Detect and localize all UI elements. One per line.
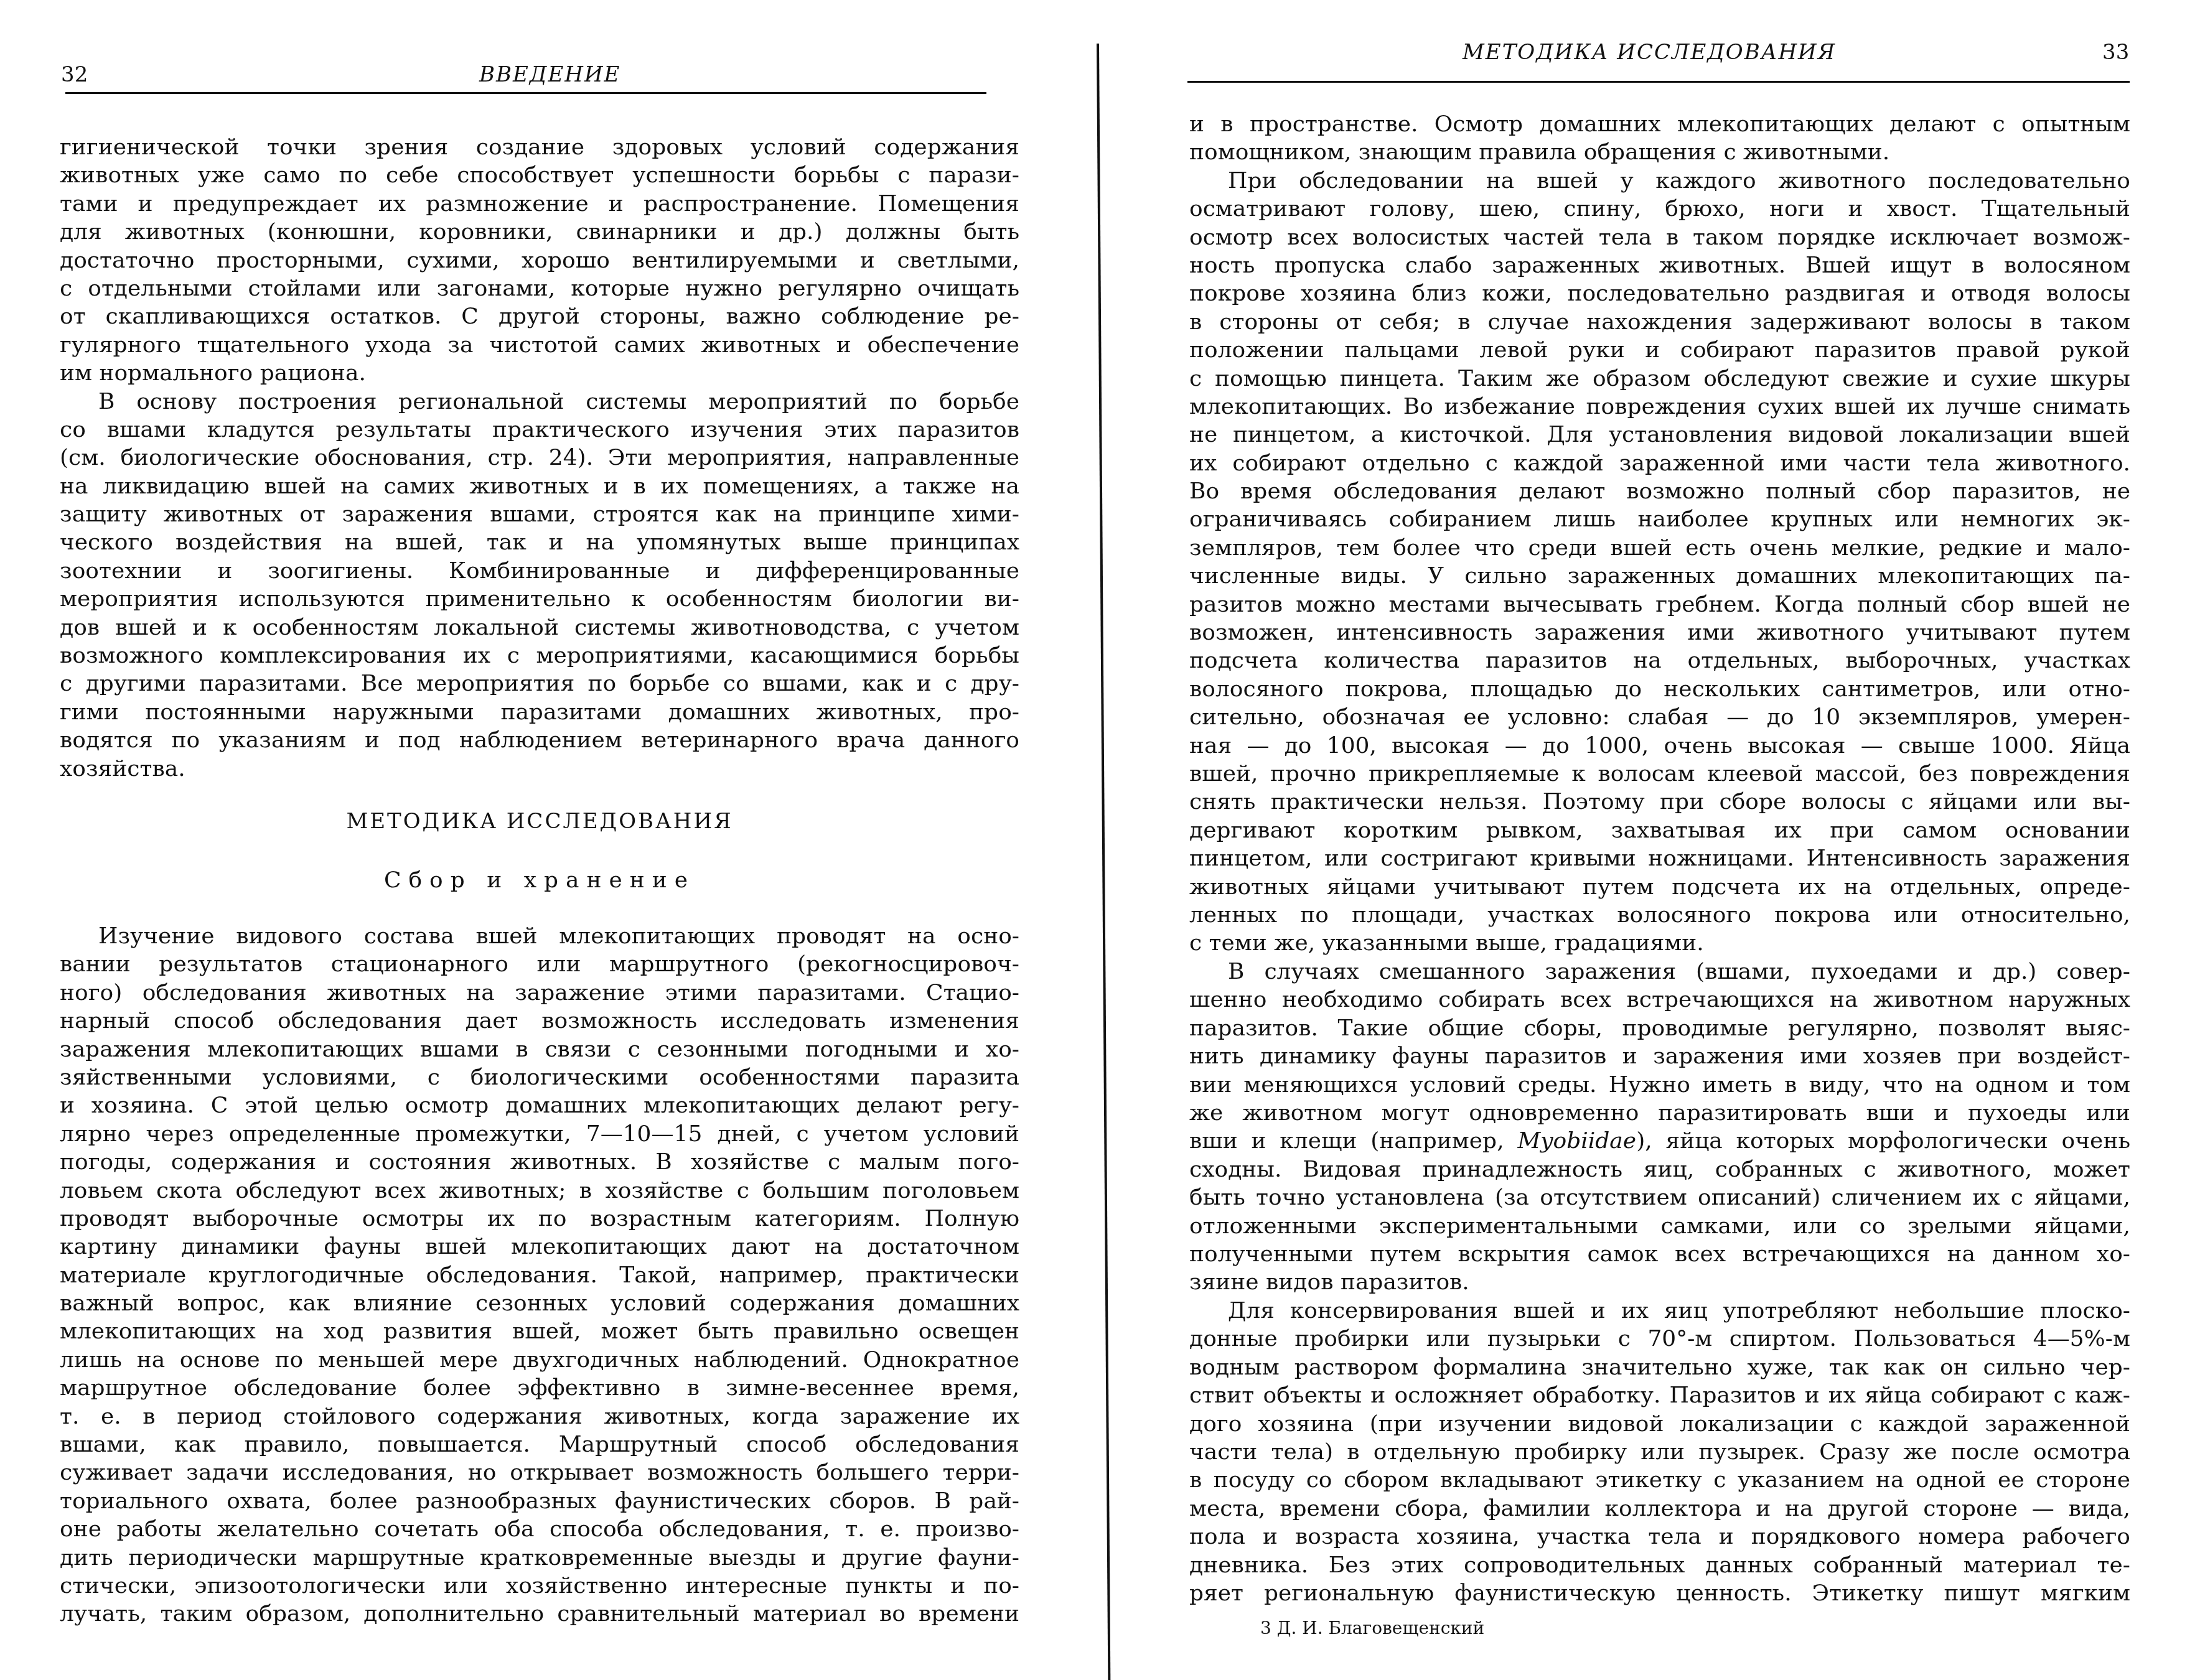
- paragraph-block: и в пространстве. Осмотр домашних млекоп…: [1189, 110, 2130, 958]
- text-run: с теми же, указанными выше, градациями.: [1189, 930, 1704, 956]
- text-run: с отдельными стойлами или загонами, кото…: [60, 276, 1019, 301]
- text-line: ленных по площади, участках волосяного п…: [1189, 901, 2130, 929]
- text-line: Изучение видового состава вшей млекопита…: [60, 922, 1019, 950]
- text-run: вшами, как правило, повышается. Маршрутн…: [60, 1432, 1019, 1457]
- text-run: пола и возраста хозяина, участка тела и …: [1189, 1524, 2130, 1549]
- text-line: вии меняющихся условий среды. Нужно имет…: [1189, 1071, 2130, 1099]
- text-run: материале круглогодичные обследования. Т…: [60, 1262, 1019, 1288]
- text-line: дого хозяина (при изучении видовой локал…: [1189, 1410, 2130, 1438]
- text-run: со вшами кладутся результаты практическо…: [60, 417, 1019, 442]
- text-run: места, времени сбора, фамилии коллектора…: [1189, 1496, 2130, 1521]
- text-line: их собирают отдельно с каждой зараженной…: [1189, 449, 2130, 477]
- text-run: и хозяина. С этой целью осмотр домашних …: [60, 1093, 1019, 1118]
- text-run: зоотехнии и зоогигиены. Комбинированные …: [60, 558, 1019, 584]
- text-run: достаточно просторными, сухими, хорошо в…: [60, 248, 1019, 273]
- text-line: зяйственными условиями, с биологическими…: [60, 1063, 1019, 1091]
- text-line: животных яйцами учитывают путем подсчета…: [1189, 873, 2130, 901]
- text-line: покрове хозяина близ кожи, последователь…: [1189, 279, 2130, 307]
- text-run: дергивают коротким рывком, захватывая их…: [1189, 818, 2130, 843]
- text-line: возможного комплексирования их с меропри…: [60, 642, 1019, 670]
- paragraph-block: Изучение видового состава вшей млекопита…: [60, 922, 1019, 1628]
- text-line: лярно через определенные промежутки, 7—1…: [60, 1120, 1019, 1148]
- text-line: и в пространстве. Осмотр домашних млекоп…: [1189, 110, 2130, 138]
- text-run: вши и клещи (например,: [1189, 1128, 1517, 1154]
- text-line: водятся по указаниям и под наблюдением в…: [60, 726, 1019, 754]
- text-line: места, времени сбора, фамилии коллектора…: [1189, 1495, 2130, 1523]
- text-run: суживает задачи исследования, но открыва…: [60, 1460, 1019, 1485]
- latin-taxon-name: Myobiidae: [1517, 1128, 1636, 1154]
- text-run: для животных (конюшни, коровники, свинар…: [60, 219, 1019, 245]
- text-line: со вшами кладутся результаты практическо…: [60, 416, 1019, 444]
- text-line: ториального охвата, более разнообразных …: [60, 1487, 1019, 1515]
- text-line: и хозяина. С этой целью осмотр домашних …: [60, 1091, 1019, 1119]
- text-line: в стороны от себя; в случае нахождения з…: [1189, 308, 2130, 336]
- text-run: сходны. Видовая принадлежность яиц, собр…: [1189, 1157, 2130, 1182]
- text-line: зоотехнии и зоогигиены. Комбинированные …: [60, 557, 1019, 585]
- text-run: Для консервирования вшей и их яиц употре…: [1228, 1298, 2130, 1323]
- text-line: ческого воздействия на вшей, так и на уп…: [60, 528, 1019, 556]
- text-line: гими постоянными наружными паразитами до…: [60, 698, 1019, 726]
- text-line: мероприятия используются применительно к…: [60, 585, 1019, 613]
- text-line: дневника. Без этих сопроводительных данн…: [1189, 1551, 2130, 1579]
- text-line: сходны. Видовая принадлежность яиц, собр…: [1189, 1155, 2130, 1183]
- text-line: дов вшей и к особенностям локальной сист…: [60, 614, 1019, 642]
- text-line: с отдельными стойлами или загонами, кото…: [60, 274, 1019, 302]
- text-run: (см. биологические обоснования, стр. 24)…: [60, 445, 1019, 470]
- text-line: дергивают коротким рывком, захватывая их…: [1189, 816, 2130, 844]
- text-run: же животном могут одновременно паразитир…: [1189, 1100, 2130, 1126]
- text-run: и в пространстве. Осмотр домашних млекоп…: [1189, 111, 2130, 137]
- text-run: животных яйцами учитывают путем подсчета…: [1189, 874, 2130, 900]
- text-run: В основу построения региональной системы…: [98, 389, 1019, 414]
- text-run: дого хозяина (при изучении видовой локал…: [1189, 1411, 2130, 1437]
- text-run: животных уже само по себе способствует у…: [60, 162, 1019, 188]
- text-line: ограничиваясь собиранием лишь наиболее к…: [1189, 505, 2130, 533]
- text-run: ограничиваясь собиранием лишь наиболее к…: [1189, 506, 2130, 532]
- text-line: отложенными экспериментальными самками, …: [1189, 1212, 2130, 1240]
- text-line: нарный способ обследования дает возможно…: [60, 1007, 1019, 1035]
- text-line: донные пробирки или пузырьки с 70°-м спи…: [1189, 1325, 2130, 1353]
- signature-footer: 3 Д. И. Благовещенский: [1260, 1618, 1484, 1638]
- text-line: же животном могут одновременно паразитир…: [1189, 1099, 2130, 1127]
- text-run: При обследовании на вшей у каждого живот…: [1228, 168, 2130, 194]
- text-run: вании результатов стационарного или марш…: [60, 951, 1019, 977]
- text-line: волосяного покрова, площадью до нескольк…: [1189, 675, 2130, 703]
- text-run: маршрутное обследование более эффективно…: [60, 1375, 1019, 1401]
- text-run: ного) обследования животных на заражение…: [60, 980, 1019, 1006]
- text-run: дить периодически маршрутные кратковреме…: [60, 1545, 1019, 1570]
- text-run: т. е. в период стойлового содержания жив…: [60, 1404, 1019, 1429]
- text-line: в посуду со сбором вкладывают этикетку с…: [1189, 1466, 2130, 1494]
- text-run: пинцетом, или состригают кривыми ножница…: [1189, 846, 2130, 871]
- text-line: важный вопрос, как влияние сезонных усло…: [60, 1289, 1019, 1317]
- text-run: на ликвидацию вшей на самих животных и в…: [60, 474, 1019, 499]
- text-line: с другими паразитами. Все мероприятия по…: [60, 670, 1019, 698]
- text-line: им нормального рациона.: [60, 359, 1019, 387]
- text-line: При обследовании на вшей у каждого живот…: [1189, 167, 2130, 195]
- text-run: гигиенической точки зрения создание здор…: [60, 134, 1019, 160]
- text-run: части тела) в отдельную пробирку или пуз…: [1189, 1439, 2130, 1465]
- text-run: лярно через определенные промежутки, 7—1…: [60, 1121, 1019, 1147]
- paragraph-block: Для консервирования вшей и их яиц употре…: [1189, 1297, 2130, 1607]
- right-page: МЕТОДИКА ИССЛЕДОВАНИЯ 33 и в пространств…: [1108, 0, 2200, 1680]
- text-line: маршрутное обследование более эффективно…: [60, 1374, 1019, 1402]
- text-run: лишь на основе по меньшей мере двухгодич…: [60, 1347, 1019, 1373]
- text-run: ность пропуска слабо зараженных животных…: [1189, 253, 2130, 278]
- text-run: ), яйца которых морфологически очень: [1636, 1128, 2130, 1154]
- paragraph-block: гигиенической точки зрения создание здор…: [60, 133, 1019, 783]
- text-run: не пинцетом, а кисточкой. Для установлен…: [1189, 422, 2130, 447]
- text-line: достаточно просторными, сухими, хорошо в…: [60, 246, 1019, 274]
- text-line: паразитов. Такие общие сборы, проводимые…: [1189, 1014, 2130, 1042]
- text-run: осмотр всех волосистых частей тела в так…: [1189, 225, 2130, 250]
- text-run: отложенными экспериментальными самками, …: [1189, 1213, 2130, 1239]
- text-run: донные пробирки или пузырьки с 70°-м спи…: [1189, 1326, 2130, 1351]
- text-line: вши и клещи (например, Myobiidae), яйца …: [1189, 1127, 2130, 1155]
- text-line: дить периодически маршрутные кратковреме…: [60, 1544, 1019, 1572]
- text-line: численные виды. У сильно зараженных дома…: [1189, 562, 2130, 590]
- text-line: Во время обследования делают возможно по…: [1189, 477, 2130, 505]
- text-line: ловьем скота обследуют всех животных; в …: [60, 1177, 1019, 1205]
- text-run: помощником, знающим правила обращения с …: [1189, 139, 1889, 165]
- text-run: водным раствором формалина значительно х…: [1189, 1355, 2130, 1380]
- text-line: для животных (конюшни, коровники, свинар…: [60, 218, 1019, 246]
- text-run: возможного комплексирования их с меропри…: [60, 643, 1019, 668]
- text-line: стически, эпизоотологически или хозяйств…: [60, 1572, 1019, 1600]
- text-line: гулярного тщательного ухода за чистотой …: [60, 331, 1019, 359]
- text-run: дов вшей и к особенностям локальной сист…: [60, 615, 1019, 640]
- text-line: от скапливающихся остатков. С другой сто…: [60, 302, 1019, 330]
- text-run: водятся по указаниям и под наблюдением в…: [60, 727, 1019, 753]
- text-run: в посуду со сбором вкладывают этикетку с…: [1189, 1467, 2130, 1493]
- text-run: мероприятия используются применительно к…: [60, 586, 1019, 612]
- text-run: паразитов. Такие общие сборы, проводимые…: [1189, 1015, 2130, 1041]
- text-run: покрове хозяина близ кожи, последователь…: [1189, 281, 2130, 306]
- text-line: В основу построения региональной системы…: [60, 388, 1019, 416]
- text-line: нить динамику фауны паразитов и заражени…: [1189, 1042, 2130, 1070]
- text-run: тами и предупреждает их размножение и ра…: [60, 191, 1019, 217]
- text-run: положении пальцами левой руки и собирают…: [1189, 337, 2130, 363]
- text-run: разитов можно местами вычесывать гребнем…: [1189, 592, 2130, 617]
- text-run: Изучение видового состава вшей млекопита…: [98, 923, 1019, 949]
- text-run: им нормального рациона.: [60, 360, 366, 386]
- text-line: не пинцетом, а кисточкой. Для установлен…: [1189, 421, 2130, 449]
- text-line: шенно необходимо собирать всех встречающ…: [1189, 986, 2130, 1014]
- text-line: т. е. в период стойлового содержания жив…: [60, 1402, 1019, 1430]
- text-line: снять практически нельзя. Поэтому при сб…: [1189, 788, 2130, 816]
- text-line: ного) обследования животных на заражение…: [60, 979, 1019, 1007]
- text-line: с теми же, указанными выше, градациями.: [1189, 929, 2130, 957]
- text-run: сительно, обозначая ее условно: слабая —…: [1189, 704, 2130, 730]
- text-run: нить динамику фауны паразитов и заражени…: [1189, 1043, 2130, 1069]
- text-run: важный вопрос, как влияние сезонных усло…: [60, 1290, 1019, 1316]
- text-line: Для консервирования вшей и их яиц употре…: [1189, 1297, 2130, 1325]
- text-line: быть точно установлена (за отсутствием о…: [1189, 1183, 2130, 1211]
- text-run: гулярного тщательного ухода за чистотой …: [60, 332, 1019, 358]
- text-line: земпляров, тем более что среди вшей есть…: [1189, 534, 2130, 562]
- text-run: Во время обследования делают возможно по…: [1189, 478, 2130, 504]
- text-line: животных уже само по себе способствует у…: [60, 161, 1019, 189]
- text-run: подсчета количества паразитов на отдельн…: [1189, 648, 2130, 673]
- text-line: подсчета количества паразитов на отдельн…: [1189, 646, 2130, 674]
- text-line: гигиенической точки зрения создание здор…: [60, 133, 1019, 161]
- text-line: ная — до 100, высокая — до 1000, очень в…: [1189, 732, 2130, 760]
- text-line: погоды, содержания и состояния животных.…: [60, 1148, 1019, 1176]
- text-run: возможен, интенсивность заражения ими жи…: [1189, 620, 2130, 645]
- text-run: лучать, таким образом, дополнительно сра…: [60, 1601, 1019, 1626]
- text-line: ряет региональную фаунистическую ценност…: [1189, 1579, 2130, 1607]
- text-line: суживает задачи исследования, но открыва…: [60, 1458, 1019, 1486]
- text-line: положении пальцами левой руки и собирают…: [1189, 336, 2130, 364]
- text-run: быть точно установлена (за отсутствием о…: [1189, 1185, 2130, 1210]
- text-run: картину динамики фауны вшей млекопитающи…: [60, 1234, 1019, 1259]
- text-run: ловьем скота обследуют всех животных; в …: [60, 1178, 1019, 1203]
- page-number: 32: [61, 62, 88, 87]
- text-run: осматривают голову, шею, спину, брюхо, н…: [1189, 196, 2130, 222]
- text-run: млекопитающих. Во избежание повреждения …: [1189, 394, 2130, 419]
- text-run: хозяйства.: [60, 756, 185, 782]
- text-run: зяйственными условиями, с биологическими…: [60, 1065, 1019, 1090]
- text-line: на ликвидацию вшей на самих животных и в…: [60, 472, 1019, 500]
- text-run: с другими паразитами. Все мероприятия по…: [60, 671, 1019, 696]
- text-line: вшами, как правило, повышается. Маршрутн…: [60, 1430, 1019, 1458]
- text-run: ленных по площади, участках волосяного п…: [1189, 902, 2130, 928]
- text-run: с помощью пинцета. Таким же образом обсл…: [1189, 366, 2130, 391]
- text-run: ческого воздействия на вшей, так и на уп…: [60, 530, 1019, 555]
- text-line: зяине видов паразитов.: [1189, 1268, 2130, 1296]
- text-run: вии меняющихся условий среды. Нужно имет…: [1189, 1072, 2130, 1098]
- subsection-title: Сбор и хранение: [60, 867, 1019, 893]
- text-run: полученными путем вскрытия самок всех вс…: [1189, 1241, 2130, 1267]
- text-run: гими постоянными наружными паразитами до…: [60, 699, 1019, 725]
- header-rule: [1187, 81, 2130, 83]
- text-line: с помощью пинцета. Таким же образом обсл…: [1189, 365, 2130, 393]
- text-run: волосяного покрова, площадью до нескольк…: [1189, 676, 2130, 702]
- text-run: оне работы желательно сочетать оба спосо…: [60, 1516, 1019, 1542]
- text-line: проводят выборочные осмотры их по возрас…: [60, 1205, 1019, 1233]
- text-run: В случаях смешанного заражения (вшами, п…: [1228, 959, 2130, 984]
- text-run: от скапливающихся остатков. С другой сто…: [60, 304, 1019, 329]
- left-page: 32 ВВЕДЕНИЕ гигиенической точки зрения с…: [0, 0, 1095, 1680]
- text-run: ствит объекты и осложняет обработку. Пар…: [1189, 1383, 2130, 1408]
- text-line: материале круглогодичные обследования. Т…: [60, 1261, 1019, 1289]
- text-run: их собирают отдельно с каждой зараженной…: [1189, 450, 2130, 476]
- text-run: ная — до 100, высокая — до 1000, очень в…: [1189, 733, 2130, 758]
- text-line: ность пропуска слабо зараженных животных…: [1189, 251, 2130, 279]
- text-line: лучать, таким образом, дополнительно сра…: [60, 1600, 1019, 1628]
- running-head: ВВЕДЕНИЕ: [479, 62, 620, 87]
- text-run: заражения млекопитающих вшами в связи с …: [60, 1037, 1019, 1062]
- text-run: млекопитающих на ход развития вшей, може…: [60, 1318, 1019, 1344]
- text-line: осматривают голову, шею, спину, брюхо, н…: [1189, 195, 2130, 223]
- text-line: картину динамики фауны вшей млекопитающи…: [60, 1233, 1019, 1261]
- text-line: ствит объекты и осложняет обработку. Пар…: [1189, 1381, 2130, 1409]
- text-run: вшей, прочно прикрепляемые к волосам кле…: [1189, 761, 2130, 786]
- text-run: погоды, содержания и состояния животных.…: [60, 1149, 1019, 1175]
- header-rule: [65, 92, 986, 94]
- text-line: полученными путем вскрытия самок всех вс…: [1189, 1240, 2130, 1268]
- text-line: водным раствором формалина значительно х…: [1189, 1353, 2130, 1381]
- text-line: сительно, обозначая ее условно: слабая —…: [1189, 703, 2130, 731]
- text-line: пола и возраста хозяина, участка тела и …: [1189, 1523, 2130, 1551]
- text-line: разитов можно местами вычесывать гребнем…: [1189, 590, 2130, 618]
- text-line: оне работы желательно сочетать оба спосо…: [60, 1515, 1019, 1543]
- text-run: защиту животных от заражения вшами, стро…: [60, 502, 1019, 527]
- running-head: МЕТОДИКА ИССЛЕДОВАНИЯ: [1463, 40, 1836, 65]
- text-run: зяине видов паразитов.: [1189, 1269, 1469, 1295]
- page-number: 33: [2102, 40, 2129, 65]
- text-line: помощником, знающим правила обращения с …: [1189, 138, 2130, 166]
- text-line: вании результатов стационарного или марш…: [60, 950, 1019, 978]
- text-run: проводят выборочные осмотры их по возрас…: [60, 1206, 1019, 1231]
- text-line: возможен, интенсивность заражения ими жи…: [1189, 618, 2130, 646]
- text-line: тами и предупреждает их размножение и ра…: [60, 190, 1019, 218]
- text-line: осмотр всех волосистых частей тела в так…: [1189, 223, 2130, 251]
- text-line: защиту животных от заражения вшами, стро…: [60, 500, 1019, 528]
- text-line: (см. биологические обоснования, стр. 24)…: [60, 444, 1019, 472]
- text-line: заражения млекопитающих вшами в связи с …: [60, 1035, 1019, 1063]
- text-run: ряет региональную фаунистическую ценност…: [1189, 1580, 2130, 1606]
- text-run: ториального охвата, более разнообразных …: [60, 1488, 1019, 1514]
- text-line: пинцетом, или состригают кривыми ножница…: [1189, 844, 2130, 872]
- paragraph-block: В случаях смешанного заражения (вшами, п…: [1189, 958, 2130, 1297]
- text-run: дневника. Без этих сопроводительных данн…: [1189, 1552, 2130, 1578]
- text-run: снять практически нельзя. Поэтому при сб…: [1189, 789, 2130, 814]
- text-run: стически, эпизоотологически или хозяйств…: [60, 1573, 1019, 1598]
- text-run: земпляров, тем более что среди вшей есть…: [1189, 535, 2130, 561]
- text-run: нарный способ обследования дает возможно…: [60, 1008, 1019, 1034]
- text-line: вшей, прочно прикрепляемые к волосам кле…: [1189, 760, 2130, 788]
- text-run: в стороны от себя; в случае нахождения з…: [1189, 309, 2130, 335]
- text-line: млекопитающих на ход развития вшей, може…: [60, 1317, 1019, 1345]
- text-line: В случаях смешанного заражения (вшами, п…: [1189, 958, 2130, 986]
- text-run: численные виды. У сильно зараженных дома…: [1189, 563, 2130, 589]
- text-line: млекопитающих. Во избежание повреждения …: [1189, 393, 2130, 421]
- text-line: части тела) в отдельную пробирку или пуз…: [1189, 1438, 2130, 1466]
- section-title: МЕТОДИКА ИССЛЕДОВАНИЯ: [60, 809, 1019, 834]
- text-line: хозяйства.: [60, 755, 1019, 783]
- text-run: шенно необходимо собирать всех встречающ…: [1189, 987, 2130, 1012]
- text-line: лишь на основе по меньшей мере двухгодич…: [60, 1346, 1019, 1374]
